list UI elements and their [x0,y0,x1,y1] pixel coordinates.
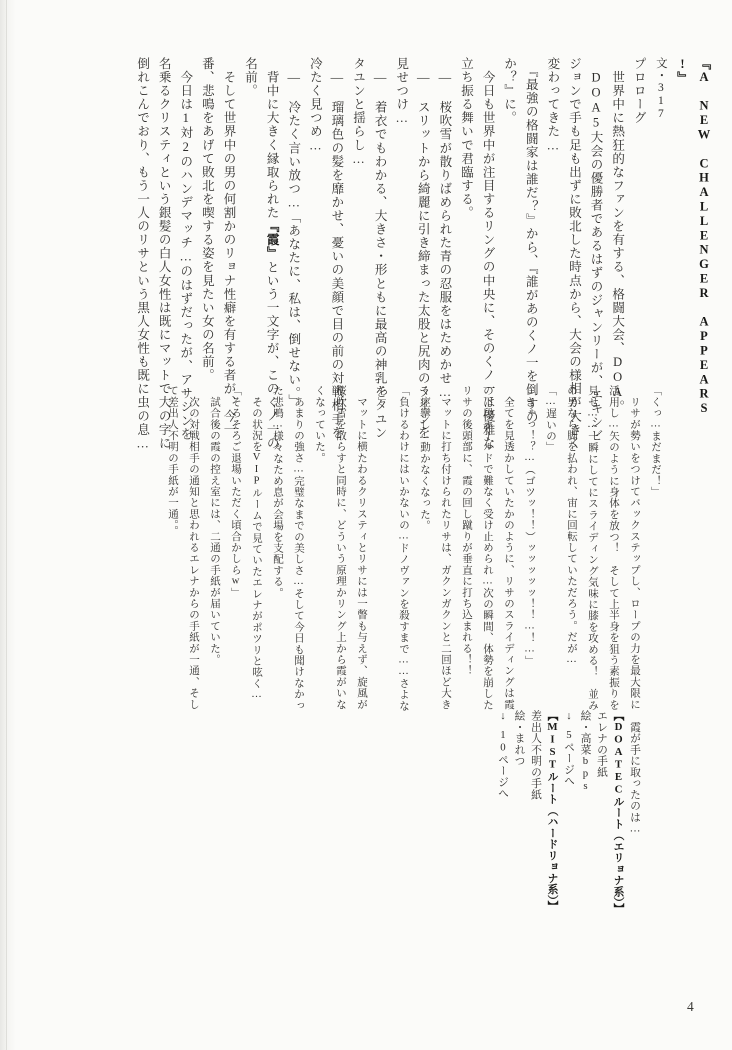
route-doatec-artist: 絵・高菜bps [577,710,594,1008]
route-mist-artist: 絵・まれつ [511,710,528,1008]
dialogue: 「負けるわけにはいかないの…ドノヴァンを殺すまで……さよなら」 [372,385,414,712]
dialogue: 「そろそろご退場いただく頃合かしらw」 [225,385,246,712]
route-doatec-header: 【DOATECルート（エリョナ系）】 [610,710,627,1008]
paragraph: マットに横たわるクリスティとリサには一瞥も与えず、旋風が桜吹雪を散らすと同時に、… [309,385,372,712]
route-doatec-destination: ↓5ページへ [561,710,578,1008]
title-latin-text: A NEW CHALLENGER APPEARS ! [675,57,711,416]
match-section: 「くっ…まだまだ！」 リサが勢いをつけてバックステップし、ロープの力を最大限に活… [162,385,666,712]
route-mist-destination: ↓10ページへ [495,710,512,1008]
kasumi-name: 『霞』 [265,220,279,261]
paragraph: マットに打ち付けられたリサは、ガクンガクンと二回ほど大きく痙攣し…動かなくなった… [414,385,456,712]
down-arrow-icon: ↓ [563,710,575,722]
route-mist-letter: 差出人不明の手紙 [528,710,545,1008]
route-doatec-page: 5ページへ [563,722,575,786]
doujin-novel-page: 『A NEW CHALLENGER APPEARS !』 文・317 プロローグ… [0,0,732,1050]
title-close-bracket: 』 [675,71,689,84]
route-intro-line: 霞が手に取ったのは… [627,710,644,1008]
route-mist-header: 【MISTルート（ハードリョナ系）】 [544,710,561,1008]
page-number: 4 [687,999,694,1015]
paragraph: あまりの強さ…完璧なまでの美しさ…そして今日も聞けなかった悲鳴…様々なため息が会… [267,385,309,712]
route-doatec-letter: エレナの手紙 [594,710,611,1008]
paragraph-text: 背中に大きく縁取られた [265,57,279,220]
dialogue: 「…遅いの」 [540,385,561,712]
story-title: 『A NEW CHALLENGER APPEARS !』 [671,57,714,452]
paragraph: 全てを見透かしていたかのように、リサのスライディングは霞の下段ホールドで難なく受… [456,385,519,712]
route-section: 霞が手に取ったのは… 【DOATECルート（エリョナ系）】 エレナの手紙 絵・高… [495,710,644,1008]
dialogue: 「くっ…まだまだ！」 [645,385,666,712]
paragraph: その状況をVIPルームで見ていたエレナがポツリと呟く… [246,385,267,712]
route-mist-page: 10ページへ [497,722,509,799]
paragraph: 試合後の霞の控え室には、二通の手紙が届いていた。 [204,385,225,712]
down-arrow-icon: ↓ [497,710,509,722]
dialogue: 「きゃっ！？…（ゴツッ！！）ッッッッッ！！…！…」 [519,385,540,712]
paragraph: リサが勢いをつけてバックステップし、ロープの力を最大限に活用し…矢のように身体を… [561,385,645,712]
paragraph: 次の対戦相手の通知と思われるエレナからの手紙が一通、そして差出人不明の手紙が一通… [162,385,204,712]
title-open-bracket: 『 [697,57,711,70]
